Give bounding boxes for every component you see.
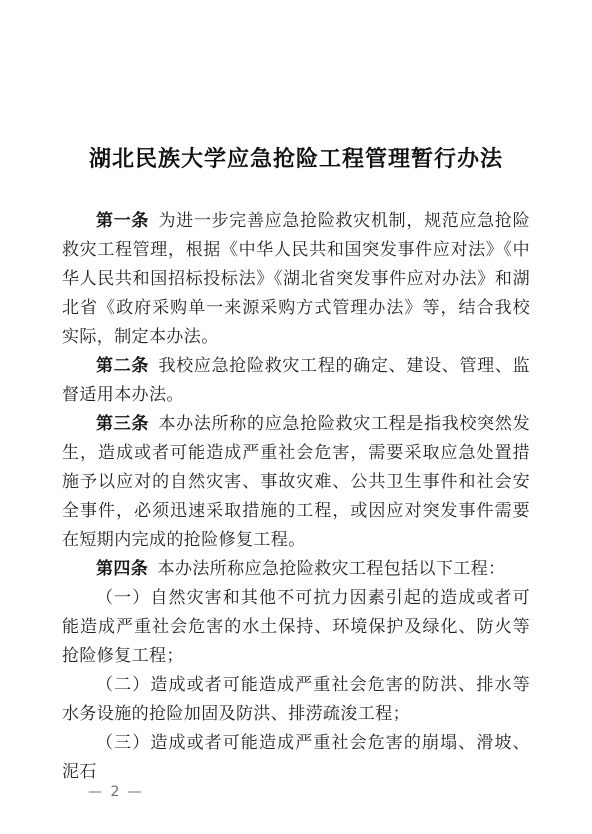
page-number: — 2 — bbox=[88, 784, 144, 800]
paragraph-article-4: 第四条本办法所称应急抢险救灾工程包括以下工程： bbox=[62, 554, 530, 583]
document-body: 第一条为进一步完善应急抢险救灾机制，规范应急抢险救灾工程管理，根据《中华人民共和… bbox=[62, 206, 530, 786]
document-page: 湖北民族大学应急抢险工程管理暂行办法 第一条为进一步完善应急抢险救灾机制，规范应… bbox=[0, 0, 592, 834]
paragraph-item-2: （二）造成或者可能造成严重社会危害的防洪、排水等水务设施的抢险加固及防洪、排涝疏… bbox=[62, 670, 530, 728]
paragraph-text: （一）自然灾害和其他不可抗力因素引起的造成或者可能造成严重社会危害的水土保持、环… bbox=[62, 588, 530, 665]
paragraph-article-2: 第二条我校应急抢险救灾工程的确定、建设、管理、监督适用本办法。 bbox=[62, 351, 530, 409]
paragraph-item-1: （一）自然灾害和其他不可抗力因素引起的造成或者可能造成严重社会危害的水土保持、环… bbox=[62, 583, 530, 670]
paragraph-text: 本办法所称应急抢险救灾工程包括以下工程： bbox=[158, 559, 506, 578]
paragraph-text: （二）造成或者可能造成严重社会危害的防洪、排水等水务设施的抢险加固及防洪、排涝疏… bbox=[62, 675, 530, 723]
paragraph-text: （三）造成或者可能造成严重社会危害的崩塌、滑坡、泥石 bbox=[62, 733, 530, 781]
document-title: 湖北民族大学应急抢险工程管理暂行办法 bbox=[28, 143, 564, 175]
article-number: 第一条 bbox=[96, 211, 149, 230]
article-number: 第三条 bbox=[96, 414, 149, 433]
paragraph-text: 为进一步完善应急抢险救灾机制，规范应急抢险救灾工程管理，根据《中华人民共和国突发… bbox=[62, 211, 530, 346]
paragraph-article-3: 第三条本办法所称的应急抢险救灾工程是指我校突然发生，造成或者可能造成严重社会危害… bbox=[62, 409, 530, 554]
paragraph-text: 本办法所称的应急抢险救灾工程是指我校突然发生，造成或者可能造成严重社会危害，需要… bbox=[62, 414, 530, 549]
paragraph-article-1: 第一条为进一步完善应急抢险救灾机制，规范应急抢险救灾工程管理，根据《中华人民共和… bbox=[62, 206, 530, 351]
paragraph-item-3: （三）造成或者可能造成严重社会危害的崩塌、滑坡、泥石 bbox=[62, 728, 530, 786]
article-number: 第二条 bbox=[96, 356, 149, 375]
article-number: 第四条 bbox=[96, 559, 148, 578]
